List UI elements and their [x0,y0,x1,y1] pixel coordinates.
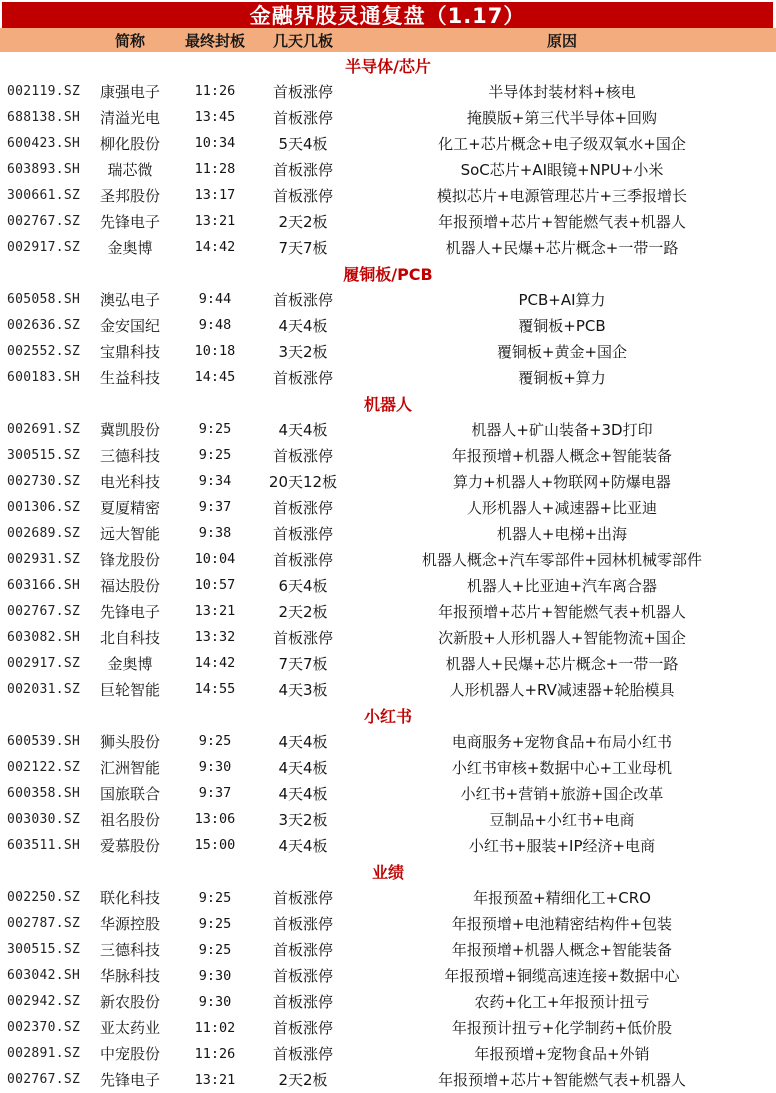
cell-code: 002891.SZ [0,1046,88,1061]
title-bar: 金融界股灵通复盘（1.17） [2,2,773,28]
cell-code: 300515.SZ [0,448,88,463]
cell-time: 9:25 [172,916,258,932]
cell-board: 首板涨停 [258,159,348,180]
cell-time: 15:00 [172,837,258,853]
table-row: 600183.SH生益科技14:45首板涨停覆铜板+算力 [0,364,776,390]
cell-code: 001306.SZ [0,500,88,515]
cell-board: 4天4板 [258,731,348,752]
cell-time: 13:06 [172,811,258,827]
cell-time: 9:25 [172,447,258,463]
cell-reason: 机器人+电梯+出海 [348,523,776,544]
cell-name: 先锋电子 [88,211,172,232]
table-row: 002250.SZ联化科技9:25首板涨停年报预盈+精细化工+CRO [0,885,776,911]
table-row: 002689.SZ远大智能9:38首板涨停机器人+电梯+出海 [0,520,776,546]
cell-board: 首板涨停 [258,81,348,102]
cell-name: 圣邦股份 [88,185,172,206]
cell-name: 金安国纪 [88,315,172,336]
cell-board: 首板涨停 [258,185,348,206]
cell-reason: 模拟芯片+电源管理芯片+三季报增长 [348,185,776,206]
cell-name: 瑞芯微 [88,159,172,180]
cell-board: 2天2板 [258,1069,348,1090]
cell-board: 2天2板 [258,601,348,622]
cell-name: 三德科技 [88,445,172,466]
cell-code: 002689.SZ [0,526,88,541]
cell-board: 首板涨停 [258,549,348,570]
cell-reason: 年报预增+芯片+智能燃气表+机器人 [348,211,776,232]
cell-board: 7天7板 [258,237,348,258]
table-row: 001306.SZ夏厦精密9:37首板涨停人形机器人+减速器+比亚迪 [0,494,776,520]
cell-code: 603042.SH [0,968,88,983]
cell-board: 首板涨停 [258,445,348,466]
cell-time: 14:42 [172,655,258,671]
cell-name: 亚太药业 [88,1017,172,1038]
cell-name: 三德科技 [88,939,172,960]
cell-board: 首板涨停 [258,913,348,934]
col-header-seal-time: 最终封板 [172,30,258,51]
cell-reason: 人形机器人+RV减速器+轮胎模具 [348,679,776,700]
col-header-name: 简称 [88,30,172,51]
cell-board: 4天4板 [258,315,348,336]
cell-time: 14:42 [172,239,258,255]
cell-time: 13:45 [172,109,258,125]
table-row: 600539.SH狮头股份9:254天4板电商服务+宠物食品+布局小红书 [0,728,776,754]
cell-reason: 算力+机器人+物联网+防爆电器 [348,471,776,492]
cell-board: 2天2板 [258,211,348,232]
cell-reason: 农药+化工+年报预计扭亏 [348,991,776,1012]
cell-code: 300661.SZ [0,188,88,203]
cell-board: 5天4板 [258,133,348,154]
cell-name: 狮头股份 [88,731,172,752]
cell-time: 13:32 [172,629,258,645]
cell-code: 603166.SH [0,578,88,593]
cell-time: 10:18 [172,343,258,359]
cell-board: 首板涨停 [258,289,348,310]
cell-code: 002767.SZ [0,604,88,619]
cell-code: 002370.SZ [0,1020,88,1035]
cell-time: 10:04 [172,551,258,567]
cell-time: 9:25 [172,890,258,906]
cell-code: 002122.SZ [0,760,88,775]
cell-name: 夏厦精密 [88,497,172,518]
cell-board: 3天2板 [258,341,348,362]
cell-time: 9:37 [172,785,258,801]
cell-board: 3天2板 [258,809,348,830]
cell-board: 首板涨停 [258,965,348,986]
cell-time: 9:30 [172,759,258,775]
cell-reason: 电商服务+宠物食品+布局小红书 [348,731,776,752]
cell-reason: 年报预增+芯片+智能燃气表+机器人 [348,1069,776,1090]
col-header-reason: 原因 [348,30,776,51]
cell-name: 巨轮智能 [88,679,172,700]
col-header-board-count: 几天几板 [258,30,348,51]
cell-board: 4天3板 [258,679,348,700]
cell-time: 9:30 [172,994,258,1010]
cell-board: 首板涨停 [258,627,348,648]
cell-board: 首板涨停 [258,523,348,544]
cell-board: 首板涨停 [258,497,348,518]
cell-name: 华脉科技 [88,965,172,986]
cell-time: 9:48 [172,317,258,333]
cell-name: 国旅联合 [88,783,172,804]
cell-code: 002636.SZ [0,318,88,333]
cell-time: 11:26 [172,83,258,99]
table-row: 002917.SZ金奥博14:427天7板机器人+民爆+芯片概念+一带一路 [0,650,776,676]
table-row: 002119.SZ康强电子11:26首板涨停半导体封装材料+核电 [0,78,776,104]
section-header: 半导体/芯片 [0,52,776,78]
cell-name: 华源控股 [88,913,172,934]
table-row: 002122.SZ汇洲智能9:304天4板小红书审核+数据中心+工业母机 [0,754,776,780]
cell-time: 9:37 [172,499,258,515]
cell-code: 002552.SZ [0,344,88,359]
cell-reason: 半导体封装材料+核电 [348,81,776,102]
cell-reason: 化工+芯片概念+电子级双氧水+国企 [348,133,776,154]
table-row: 688138.SH清溢光电13:45首板涨停掩膜版+第三代半导体+回购 [0,104,776,130]
table-row: 600358.SH国旅联合9:374天4板小红书+营销+旅游+国企改革 [0,780,776,806]
cell-time: 9:25 [172,942,258,958]
cell-name: 汇洲智能 [88,757,172,778]
cell-code: 688138.SH [0,110,88,125]
cell-name: 中宠股份 [88,1043,172,1064]
table-row: 002552.SZ宝鼎科技10:183天2板覆铜板+黄金+国企 [0,338,776,364]
cell-code: 002119.SZ [0,84,88,99]
cell-reason: 小红书+营销+旅游+国企改革 [348,783,776,804]
cell-reason: 机器人+民爆+芯片概念+一带一路 [348,653,776,674]
cell-name: 远大智能 [88,523,172,544]
table-body: 半导体/芯片002119.SZ康强电子11:26首板涨停半导体封装材料+核电68… [0,52,776,1093]
cell-time: 9:34 [172,473,258,489]
cell-code: 002787.SZ [0,916,88,931]
cell-board: 4天4板 [258,419,348,440]
cell-time: 11:02 [172,1020,258,1036]
cell-board: 首板涨停 [258,107,348,128]
cell-board: 20天12板 [258,471,348,492]
cell-reason: 小红书+服装+IP经济+电商 [348,835,776,856]
cell-board: 4天4板 [258,757,348,778]
table-row: 300515.SZ三德科技9:25首板涨停年报预增+机器人概念+智能装备 [0,937,776,963]
table-row: 002942.SZ新农股份9:30首板涨停农药+化工+年报预计扭亏 [0,989,776,1015]
table-row: 003030.SZ祖名股份13:063天2板豆制品+小红书+电商 [0,806,776,832]
cell-board: 首板涨停 [258,1043,348,1064]
cell-code: 603082.SH [0,630,88,645]
table-row: 002031.SZ巨轮智能14:554天3板人形机器人+RV减速器+轮胎模具 [0,676,776,702]
section-header: 履铜板/PCB [0,260,776,286]
cell-code: 002767.SZ [0,214,88,229]
cell-reason: 机器人+民爆+芯片概念+一带一路 [348,237,776,258]
cell-time: 14:55 [172,681,258,697]
table-row: 605058.SH澳弘电子9:44首板涨停PCB+AI算力 [0,286,776,312]
table-row: 300515.SZ三德科技9:25首板涨停年报预增+机器人概念+智能装备 [0,442,776,468]
table-row: 002730.SZ电光科技9:3420天12板算力+机器人+物联网+防爆电器 [0,468,776,494]
cell-reason: 机器人概念+汽车零部件+园林机械零部件 [348,549,776,570]
cell-name: 柳化股份 [88,133,172,154]
cell-board: 6天4板 [258,575,348,596]
cell-code: 605058.SH [0,292,88,307]
cell-reason: 年报预盈+精细化工+CRO [348,887,776,908]
cell-time: 14:45 [172,369,258,385]
cell-reason: 豆制品+小红书+电商 [348,809,776,830]
table-row: 002931.SZ锋龙股份10:04首板涨停机器人概念+汽车零部件+园林机械零部… [0,546,776,572]
table-row: 603166.SH福达股份10:576天4板机器人+比亚迪+汽车离合器 [0,572,776,598]
cell-name: 先锋电子 [88,1069,172,1090]
cell-time: 10:34 [172,135,258,151]
cell-board: 7天7板 [258,653,348,674]
cell-name: 北自科技 [88,627,172,648]
cell-name: 澳弘电子 [88,289,172,310]
cell-reason: 覆铜板+黄金+国企 [348,341,776,362]
cell-code: 002730.SZ [0,474,88,489]
cell-code: 603511.SH [0,838,88,853]
cell-time: 13:21 [172,1072,258,1088]
cell-name: 金奥博 [88,237,172,258]
cell-name: 福达股份 [88,575,172,596]
table-row: 002370.SZ亚太药业11:02首板涨停年报预计扭亏+化学制药+低价股 [0,1015,776,1041]
cell-time: 10:57 [172,577,258,593]
section-header: 业绩 [0,858,776,884]
cell-reason: 覆铜板+PCB [348,315,776,336]
section-header: 小红书 [0,702,776,728]
cell-name: 爱慕股份 [88,835,172,856]
stock-recap-report: 金融界股灵通复盘（1.17） 简称 最终封板 几天几板 原因 半导体/芯片002… [0,0,776,1093]
cell-time: 9:30 [172,968,258,984]
cell-reason: 年报预增+电池精密结构件+包装 [348,913,776,934]
cell-time: 13:21 [172,213,258,229]
table-row: 600423.SH柳化股份10:345天4板化工+芯片概念+电子级双氧水+国企 [0,130,776,156]
cell-reason: 次新股+人形机器人+智能物流+国企 [348,627,776,648]
table-row: 300661.SZ圣邦股份13:17首板涨停模拟芯片+电源管理芯片+三季报增长 [0,182,776,208]
cell-reason: 年报预增+铜缆高速连接+数据中心 [348,965,776,986]
cell-board: 4天4板 [258,783,348,804]
cell-reason: 机器人+矿山装备+3D打印 [348,419,776,440]
cell-reason: 年报预增+宠物食品+外销 [348,1043,776,1064]
table-row: 002891.SZ中宠股份11:26首板涨停年报预增+宠物食品+外销 [0,1041,776,1067]
cell-reason: 年报预增+芯片+智能燃气表+机器人 [348,601,776,622]
cell-reason: 覆铜板+算力 [348,367,776,388]
cell-board: 首板涨停 [258,939,348,960]
cell-code: 603893.SH [0,162,88,177]
cell-reason: 年报预计扭亏+化学制药+低价股 [348,1017,776,1038]
table-row: 002767.SZ先锋电子13:212天2板年报预增+芯片+智能燃气表+机器人 [0,598,776,624]
table-row: 603042.SH华脉科技9:30首板涨停年报预增+铜缆高速连接+数据中心 [0,963,776,989]
cell-reason: 小红书审核+数据中心+工业母机 [348,757,776,778]
cell-name: 冀凯股份 [88,419,172,440]
cell-name: 清溢光电 [88,107,172,128]
table-row: 002767.SZ先锋电子13:212天2板年报预增+芯片+智能燃气表+机器人 [0,1067,776,1093]
cell-code: 002931.SZ [0,552,88,567]
cell-reason: 年报预增+机器人概念+智能装备 [348,939,776,960]
cell-code: 002917.SZ [0,656,88,671]
cell-board: 4天4板 [258,835,348,856]
table-row: 603511.SH爱慕股份15:004天4板小红书+服装+IP经济+电商 [0,832,776,858]
cell-code: 600539.SH [0,734,88,749]
cell-name: 康强电子 [88,81,172,102]
cell-code: 300515.SZ [0,942,88,957]
page-title: 金融界股灵通复盘（1.17） [250,0,526,30]
table-row: 002787.SZ华源控股9:25首板涨停年报预增+电池精密结构件+包装 [0,911,776,937]
cell-reason: 年报预增+机器人概念+智能装备 [348,445,776,466]
table-row: 002691.SZ冀凯股份9:254天4板机器人+矿山装备+3D打印 [0,416,776,442]
cell-reason: 人形机器人+减速器+比亚迪 [348,497,776,518]
cell-code: 003030.SZ [0,812,88,827]
cell-name: 金奥博 [88,653,172,674]
cell-board: 首板涨停 [258,991,348,1012]
cell-time: 9:44 [172,291,258,307]
cell-name: 锋龙股份 [88,549,172,570]
cell-code: 002917.SZ [0,240,88,255]
cell-code: 600423.SH [0,136,88,151]
section-header: 机器人 [0,390,776,416]
cell-code: 002250.SZ [0,890,88,905]
cell-name: 祖名股份 [88,809,172,830]
cell-time: 9:38 [172,525,258,541]
cell-code: 002031.SZ [0,682,88,697]
cell-time: 9:25 [172,733,258,749]
cell-name: 电光科技 [88,471,172,492]
cell-code: 002942.SZ [0,994,88,1009]
cell-code: 002767.SZ [0,1072,88,1087]
cell-reason: PCB+AI算力 [348,289,776,310]
cell-reason: SoC芯片+AI眼镜+NPU+小米 [348,159,776,180]
cell-board: 首板涨停 [258,367,348,388]
cell-name: 生益科技 [88,367,172,388]
cell-board: 首板涨停 [258,1017,348,1038]
table-row: 002636.SZ金安国纪9:484天4板覆铜板+PCB [0,312,776,338]
cell-code: 002691.SZ [0,422,88,437]
cell-time: 13:17 [172,187,258,203]
table-row: 002767.SZ先锋电子13:212天2板年报预增+芯片+智能燃气表+机器人 [0,208,776,234]
table-row: 002917.SZ金奥博14:427天7板机器人+民爆+芯片概念+一带一路 [0,234,776,260]
cell-name: 先锋电子 [88,601,172,622]
cell-name: 新农股份 [88,991,172,1012]
cell-reason: 掩膜版+第三代半导体+回购 [348,107,776,128]
cell-time: 9:25 [172,421,258,437]
cell-time: 11:28 [172,161,258,177]
cell-time: 13:21 [172,603,258,619]
table-row: 603893.SH瑞芯微11:28首板涨停SoC芯片+AI眼镜+NPU+小米 [0,156,776,182]
cell-name: 宝鼎科技 [88,341,172,362]
cell-code: 600358.SH [0,786,88,801]
cell-time: 11:26 [172,1046,258,1062]
column-header-row: 简称 最终封板 几天几板 原因 [0,28,776,52]
table-row: 603082.SH北自科技13:32首板涨停次新股+人形机器人+智能物流+国企 [0,624,776,650]
cell-reason: 机器人+比亚迪+汽车离合器 [348,575,776,596]
cell-board: 首板涨停 [258,887,348,908]
cell-name: 联化科技 [88,887,172,908]
cell-code: 600183.SH [0,370,88,385]
